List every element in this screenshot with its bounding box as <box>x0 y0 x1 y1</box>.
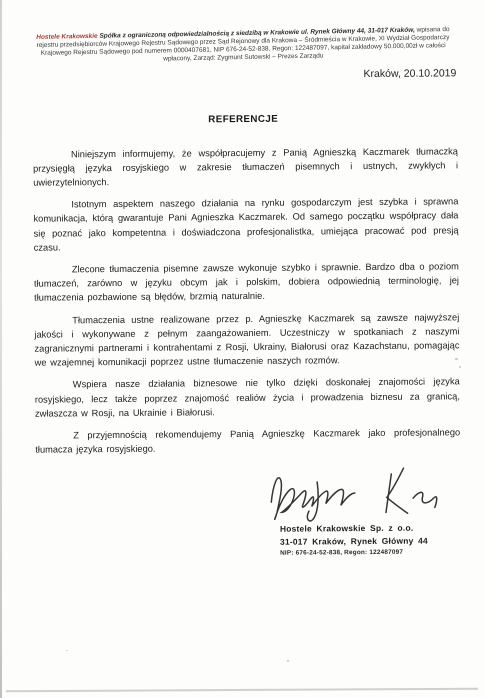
stamp-company: Hostele Krakowskie Sp. z o.o. <box>280 522 428 536</box>
handwritten-signature <box>257 460 457 524</box>
letterhead: Hostele Krakowskie Spółka z ograniczoną … <box>32 26 453 66</box>
scan-artifact-speck <box>455 358 458 360</box>
scan-artifact-bottom-edge <box>6 688 478 692</box>
scanned-letter-page: Hostele Krakowskie Spółka z ograniczoną … <box>0 0 485 698</box>
company-stamp: Hostele Krakowskie Sp. z o.o. 31-017 Kra… <box>280 522 428 559</box>
paragraph: Tłumaczenia ustne realizowane przez p. A… <box>34 310 459 370</box>
date-line: Kraków, 20.10.2019 <box>0 67 485 83</box>
scan-artifact-speck <box>459 366 461 368</box>
letter-body: Niniejszym informujemy, że współpracujem… <box>1 144 485 458</box>
paragraph: Wspiera nasze działania biznesowe nie ty… <box>35 375 460 421</box>
scan-artifact-speck <box>66 650 68 651</box>
paragraph: Istotnym aspektem naszego działania na r… <box>33 195 458 255</box>
signature-block: Hostele Krakowskie Sp. z o.o. 31-017 Kra… <box>261 462 467 574</box>
paragraph: Niniejszym informujemy, że współpracujem… <box>33 144 458 190</box>
letter-content: Hostele Krakowskie Spółka z ograniczoną … <box>0 28 485 575</box>
paragraph: Z przyjemnością rekomendujemy Panią Agni… <box>35 425 460 457</box>
scan-artifact-left-edge <box>0 0 2 698</box>
letter-title: REFERENCJE <box>1 112 485 127</box>
stamp-ids: NIP: 676-24-52-838, Regon: 122487097 <box>280 547 428 559</box>
stamp-address: 31-017 Kraków, Rynek Główny 44 <box>280 535 428 549</box>
paragraph: Zlecone tłumaczenia pisemne zawsze wykon… <box>34 259 459 305</box>
company-name: Hostele Krakowskie <box>36 33 98 41</box>
scan-artifact-speck <box>287 660 289 662</box>
